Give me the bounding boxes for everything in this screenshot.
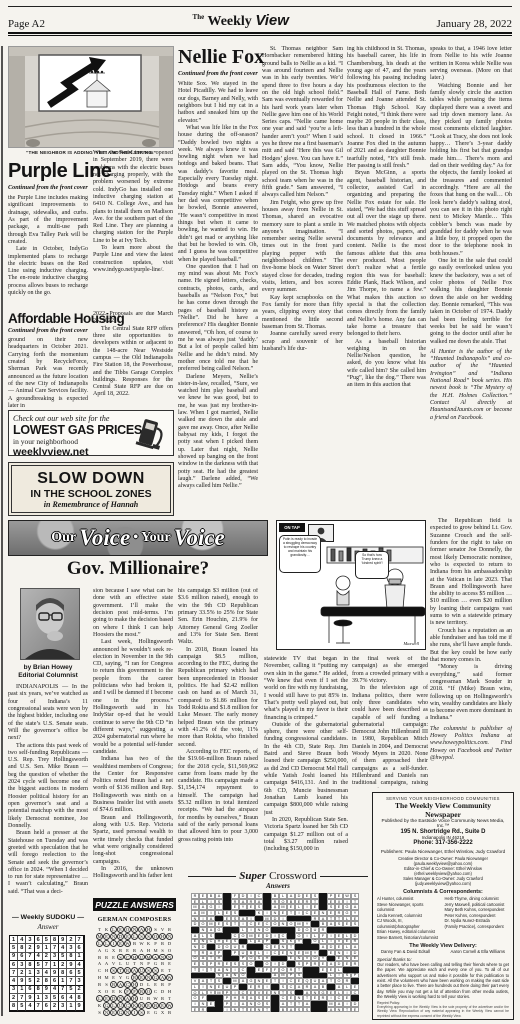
bartender-speech-bubble: So that’s how Trump knew a ‘kindred spir… xyxy=(355,551,389,579)
paragraph: Kay kept scrapbooks on the Fox family fo… xyxy=(262,295,343,332)
cartoonist-signature: Maxwell xyxy=(404,641,420,646)
author-photo xyxy=(20,588,80,660)
sudoku-cell: 6 xyxy=(76,944,84,952)
wordsearch-letter: S xyxy=(138,1009,145,1016)
wordsearch-letter: N xyxy=(166,954,173,961)
wordsearch-letter: E xyxy=(110,974,117,981)
page-number: Page A2 xyxy=(8,18,45,30)
paragraph: In 2020, Republican State Sen. Victoria … xyxy=(264,817,348,854)
wordsearch-letter: M xyxy=(145,954,152,961)
sudoku-cell: 8 xyxy=(10,1002,18,1010)
sudoku-cell: 2 xyxy=(35,977,43,985)
sudoku-cell: 7 xyxy=(59,986,67,994)
wordsearch-letter: F xyxy=(131,988,138,995)
gas-pump-icon xyxy=(133,415,169,453)
masthead-delivery: Danny Fan & David Edsall Aaron Cornell &… xyxy=(377,949,509,954)
paragraph: ground on their new headquarters in Octo… xyxy=(8,337,88,407)
wordsearch-letter: P xyxy=(152,940,159,947)
wordsearch-letter: C xyxy=(124,981,131,988)
sudoku-cell: 2 xyxy=(51,1002,59,1010)
wordsearch-letter: N xyxy=(110,933,117,940)
gov-column-6-text: The Republican field is expected to grow… xyxy=(430,518,512,723)
sudoku-cell: 2 xyxy=(76,986,84,994)
wordsearch-letter: U xyxy=(124,960,131,967)
crossword-cell xyxy=(319,1007,327,1013)
wordsearch-letter: N xyxy=(124,1009,131,1016)
wordsearch-letter: A xyxy=(159,974,166,981)
editorial-cartoon xyxy=(8,46,174,148)
sudoku-cell: 4 xyxy=(35,953,43,961)
wordsearch-letter: K xyxy=(103,926,110,933)
our-voice-word3: Your xyxy=(141,530,171,546)
wordsearch-letter: S xyxy=(145,933,152,940)
our-voice-sep: • xyxy=(133,530,138,546)
wordsearch-letter: N xyxy=(159,954,166,961)
sudoku-cell: 4 xyxy=(76,961,84,969)
paragraph: In 2018, Braun loaned his campaign $8.5 … xyxy=(178,647,258,749)
sudoku-cell: 1 xyxy=(59,977,67,985)
wordsearch-letter: T xyxy=(117,967,124,974)
wordsearch-letter: R xyxy=(138,988,145,995)
sudoku-cell: 8 xyxy=(51,936,59,944)
paragraph: “Money is driving everything,” said form… xyxy=(430,664,512,723)
top-rule xyxy=(8,6,512,7)
sudoku-cell: 4 xyxy=(67,994,75,1002)
slow-down-ad: SLOW DOWN IN THE SCHOOL ZONES in Remembr… xyxy=(8,462,174,516)
wordsearch-letter: G xyxy=(152,1009,159,1016)
paragraph: Joanne carefully saved every scrap and s… xyxy=(262,331,343,353)
wordsearch-letter: R xyxy=(159,940,166,947)
crossword-cell xyxy=(215,1007,223,1013)
wordsearch-letter: R xyxy=(131,974,138,981)
paragraph: Bryan McGinn, a sports agent, baseball h… xyxy=(347,170,426,338)
slow-down-line3: in Remembrance of Hannah xyxy=(12,500,170,509)
sudoku-cell: 1 xyxy=(35,994,43,1002)
wordsearch-letter: M xyxy=(103,974,110,981)
masthead-box: SERVING YOUR NEIGHBORHOOD COMMUNITIES Th… xyxy=(372,792,514,1020)
wordsearch-letter: R xyxy=(103,954,110,961)
paragraph: In the television age of Indiana politic… xyxy=(352,685,428,788)
wordsearch-letter: E xyxy=(117,926,124,933)
page-header: Page A2 The Weekly View January 28, 2022 xyxy=(8,10,512,30)
crossword-cell: N xyxy=(255,1007,263,1013)
sudoku-cell: 6 xyxy=(18,953,26,961)
sudoku-cell: 8 xyxy=(59,969,67,977)
crossword-cell xyxy=(271,1007,279,1013)
crossword-answer-grid: REBAFDICBLADESPEWSELISRARAROBERTEXITMAGI… xyxy=(191,893,359,1012)
wordsearch-letter: B xyxy=(131,940,138,947)
header-rule xyxy=(8,32,512,36)
sudoku-cell: 3 xyxy=(51,953,59,961)
wordsearch-letter: L xyxy=(103,940,110,947)
nellie-fox-author-bio: Al Hunter is the author of the “Haunted … xyxy=(430,349,512,422)
wordsearch-letter: E xyxy=(159,1002,166,1009)
wordsearch-letter: A xyxy=(96,960,103,967)
byline-role: Editorial Columnist xyxy=(8,672,88,680)
our-voice-word2: Voice xyxy=(79,525,130,551)
sudoku-cell: 1 xyxy=(76,953,84,961)
wordsearch-letter: R xyxy=(166,926,173,933)
wordsearch-letter: B xyxy=(159,960,166,967)
crossword-cell: E xyxy=(191,1007,199,1013)
nellie-fox-column-3: ing his childhood in St. Thomas, his bas… xyxy=(347,46,426,514)
sudoku-cell: 4 xyxy=(10,977,18,985)
sudoku-cell: 5 xyxy=(59,953,67,961)
paragraph: White Sox. We stayed in the Hotel Picadi… xyxy=(178,81,258,125)
wordsearch-letter: S xyxy=(138,933,145,940)
wordsearch-letter: A xyxy=(117,981,124,988)
paper-title: The Weekly View xyxy=(193,12,289,30)
wordsearch-letter: L xyxy=(110,1002,117,1009)
wordsearch-letter: R xyxy=(159,981,166,988)
bar-scene-art xyxy=(277,543,426,650)
sudoku-cell: 8 xyxy=(35,986,43,994)
sudoku-cell: 7 xyxy=(51,944,59,952)
wordsearch-letter: F xyxy=(124,988,131,995)
crossword-cell: S xyxy=(303,1007,311,1013)
wordsearch-letter: B xyxy=(96,954,103,961)
wordsearch-letter: E xyxy=(152,981,159,988)
gov-column-5: the final week of the campaign) as she e… xyxy=(352,656,428,788)
wordsearch-letter: S xyxy=(103,981,110,988)
sudoku-cell: 9 xyxy=(67,961,75,969)
gov-millionaire-headline: Gov. Millionaire? xyxy=(8,558,268,580)
sudoku-cell: 4 xyxy=(18,936,26,944)
nellie-fox-column-2: St. Thomas neighbor Sam Hornbacker remem… xyxy=(262,46,343,514)
sudoku-subtitle: Answer xyxy=(8,923,88,931)
wordsearch-letter: H xyxy=(131,981,138,988)
wordsearch-letter: S xyxy=(145,967,152,974)
wordsearch-title: GERMAN COMPOSERS xyxy=(93,916,176,923)
wordsearch-letter: H xyxy=(131,954,138,961)
affordable-housing-column-1: ground on their new headquarters in Octo… xyxy=(8,337,88,407)
wordsearch-letter: E xyxy=(159,967,166,974)
sudoku-cell: 9 xyxy=(10,953,18,961)
gov-column-1: INDIANAPOLIS — In the past six years, we… xyxy=(8,684,88,908)
purple-line-column-2: When the Red Line was opened in Septembe… xyxy=(93,150,173,306)
crossword-cell xyxy=(207,1007,215,1013)
paragraph: Steve Barnett, historian/columnist xyxy=(377,935,442,941)
sudoku-cell: 6 xyxy=(43,1002,51,1010)
wordsearch-letter: A xyxy=(138,926,145,933)
wordsearch-letter: A xyxy=(138,947,145,954)
wordsearch-letter: G xyxy=(124,974,131,981)
wordsearch-letter: S xyxy=(159,947,166,954)
paragraph: Sales Manager & Co-Owner: Judy Crawford … xyxy=(377,876,509,886)
wordsearch-letter: E xyxy=(110,988,117,995)
wordsearch-letter: A xyxy=(131,967,138,974)
paragraph: the final week of the campaign) as she e… xyxy=(352,656,428,685)
wordsearch-letter: B xyxy=(166,1009,173,1016)
sudoku-cell: 4 xyxy=(59,944,67,952)
paragraph: Crouch has a reputation as an able fundr… xyxy=(430,628,512,665)
crossword-cell: T xyxy=(239,1007,247,1013)
paragraph: Jim Feight, who grew up five houses away… xyxy=(262,200,343,295)
wordsearch-letter: L xyxy=(110,926,117,933)
wordsearch-letter: D xyxy=(138,981,145,988)
nellie-fox-title: Nellie Fox xyxy=(178,46,264,69)
crossword-cell: N xyxy=(231,1007,239,1013)
wordsearch-letter: H xyxy=(96,974,103,981)
wordsearch-letter: S xyxy=(117,954,124,961)
sudoku-cell: 1 xyxy=(10,936,18,944)
purple-line-column-1: the Purple Line includes making signific… xyxy=(8,195,88,305)
wordsearch-letter: W xyxy=(166,1002,173,1009)
wordsearch-letter: A xyxy=(124,995,131,1002)
sudoku-cell: 8 xyxy=(18,944,26,952)
sudoku-cell: 1 xyxy=(18,986,26,994)
gov-column-6: The Republican field is expected to grow… xyxy=(430,518,512,788)
sudoku-cell: 5 xyxy=(43,936,51,944)
wordsearch-letter: N xyxy=(117,995,124,1002)
our-voice-word4: Voice xyxy=(174,525,225,551)
crossword-cell: T xyxy=(263,1007,271,1013)
wordsearch-letter: G xyxy=(117,1009,124,1016)
wordsearch-letter: G xyxy=(152,974,159,981)
crossword-cell: I xyxy=(223,1007,231,1013)
sudoku-cell: 9 xyxy=(43,986,51,994)
nellie-fox-column-4: speaks to that, a 1946 love letter from … xyxy=(430,46,512,516)
wordsearch-letter: L xyxy=(96,940,103,947)
paragraph: When the Red Line was opened in Septembe… xyxy=(93,150,173,245)
wordsearch-letter: E xyxy=(124,947,131,954)
wordsearch-letter: E xyxy=(103,995,110,1002)
wordsearch-letter: H xyxy=(145,947,152,954)
wordsearch-letter: D xyxy=(110,995,117,1002)
sudoku-cell: 5 xyxy=(35,961,43,969)
wordsearch-letter: T xyxy=(166,995,173,1002)
paragraph: (Family Practice), correspondent xyxy=(445,924,510,930)
nellie-fox-continued: Continued from the front cover xyxy=(178,70,258,77)
nellie-fox-column-1: White Sox. We stayed in the Hotel Picadi… xyxy=(178,81,258,514)
sudoku-cell: 7 xyxy=(67,977,75,985)
crossword-cell: A xyxy=(327,1007,335,1013)
paragraph: Watching Bonnie and her family slowly ci… xyxy=(430,83,512,259)
wordsearch-letter: C xyxy=(124,1002,131,1009)
sudoku-cell: 6 xyxy=(10,961,18,969)
wordsearch-letter: B xyxy=(110,981,117,988)
wordsearch-letter: D xyxy=(117,933,124,940)
wordsearch-letter: V xyxy=(110,960,117,967)
sudoku-cell: 3 xyxy=(18,961,26,969)
sudoku-cell: 1 xyxy=(67,1002,75,1010)
sudoku-cell: 3 xyxy=(67,944,75,952)
our-voice-banner: Our Voice • Your Voice xyxy=(8,520,268,556)
sudoku-cell: 8 xyxy=(43,977,51,985)
sudoku-cell: 5 xyxy=(10,944,18,952)
wordsearch-letter: O xyxy=(124,926,131,933)
gas-prices-ad: Check out our web site for the LOWEST GA… xyxy=(8,410,174,456)
puzzle-answers-banner: PUZZLE ANSWERS xyxy=(93,898,176,911)
wordsearch-letter: K xyxy=(145,940,152,947)
sudoku-cell: 4 xyxy=(43,969,51,977)
sudoku-cell: 3 xyxy=(76,977,84,985)
paragraph: Braun and Hollingsworth, along with U.S.… xyxy=(93,815,173,866)
crossword-rule-right xyxy=(320,876,368,877)
paragraph: Steve Nicewanger, sports columnist xyxy=(377,902,442,913)
wordsearch-letter: S xyxy=(96,1009,103,1016)
wordsearch-letter: H xyxy=(103,967,110,974)
wordsearch-letter: V xyxy=(159,926,166,933)
sudoku-cell: 7 xyxy=(43,961,51,969)
sudoku-cell: 6 xyxy=(67,969,75,977)
wordsearch-letter: W xyxy=(124,940,131,947)
masthead-thanks-body: Our readers, who have been calling and t… xyxy=(377,962,509,999)
wordsearch-letter: B xyxy=(152,1002,159,1009)
wordsearch-letter: H xyxy=(166,988,173,995)
sudoku-cell: 9 xyxy=(18,977,26,985)
sudoku-cell: 9 xyxy=(51,969,59,977)
paragraph: Editor-in-Chief & Co-Owner: Ethel Winslo… xyxy=(377,866,509,876)
crossword-cell: S xyxy=(295,1007,303,1013)
wordsearch-letter: H xyxy=(145,926,152,933)
wordsearch-letter: O xyxy=(152,933,159,940)
paragraph: St. Thomas neighbor Sam Hornbacker remem… xyxy=(262,46,343,200)
gov-column-2: sion because I saw what can be done with… xyxy=(93,588,173,898)
sudoku-cell: 9 xyxy=(35,944,43,952)
on-tap-sign: ON TAP xyxy=(279,523,305,532)
slow-down-line1: SLOW DOWN xyxy=(12,470,170,488)
wordsearch-letter: U xyxy=(138,954,145,961)
paragraph: Outside of the gubernatorial sphere, the… xyxy=(264,722,348,817)
sudoku-cell: 4 xyxy=(51,986,59,994)
paragraph: INDIANAPOLIS — In the past six years, we… xyxy=(8,684,88,743)
wordsearch-letter: R xyxy=(138,1002,145,1009)
wordsearch-letter: L xyxy=(96,995,103,1002)
wordsearch-letter: N xyxy=(103,1009,110,1016)
scan-gutter-line xyxy=(1,46,3,1016)
masthead-published-by: Published by the Eastside Voice Communit… xyxy=(377,819,509,829)
sudoku-cell: 6 xyxy=(51,977,59,985)
sudoku-cell: 2 xyxy=(10,994,18,1002)
wordsearch-letter: X xyxy=(110,947,117,954)
wordsearch-letter: M xyxy=(96,933,103,940)
masthead-phone: Phone: 317-356-2222 xyxy=(377,840,509,846)
wordsearch-letter: E xyxy=(124,933,131,940)
wordsearch-letter: T xyxy=(166,967,173,974)
sudoku-cell: 3 xyxy=(59,1002,67,1010)
masthead-columnists-right: Herb Thyme, dining columnistJerry Maxwel… xyxy=(445,896,510,940)
sudoku-cell: 8 xyxy=(76,994,84,1002)
paragraph: statewide TV that began in November, cal… xyxy=(264,656,348,722)
paragraph: The Republican field is expected to grow… xyxy=(430,518,512,628)
wordsearch-letter: G xyxy=(103,1002,110,1009)
wordsearch-answer-grid: TKLEONAHSVRMENDELSSOHNLLIEWBWKPRDAGXRERA… xyxy=(96,926,173,1016)
wordsearch-letter: N xyxy=(131,926,138,933)
sudoku-cell: 8 xyxy=(67,953,75,961)
wordsearch-letter: E xyxy=(166,960,173,967)
wordsearch-letter: O xyxy=(145,988,152,995)
wordsearch-letter: D xyxy=(166,940,173,947)
wordsearch-letter: R xyxy=(159,995,166,1002)
nellie-fox-column-4-text: speaks to that, a 1946 love letter from … xyxy=(430,46,512,346)
crossword-title-crossword: Crossword xyxy=(269,870,317,882)
masthead-publishers: Publishers: Paula Nicewanger, Ethel Wins… xyxy=(377,849,509,854)
sudoku-cell: 4 xyxy=(26,1002,34,1010)
wordsearch-letter: M xyxy=(152,947,159,954)
wordsearch-letter: O xyxy=(103,988,110,995)
wordsearch-letter: U xyxy=(138,967,145,974)
wordsearch-letter: S xyxy=(110,967,117,974)
paragraph: To learn more about the Purple Line and … xyxy=(93,245,173,274)
crossword-cell xyxy=(311,1007,319,1013)
wordsearch-letter: E xyxy=(145,1002,152,1009)
wordsearch-letter: W xyxy=(166,974,173,981)
sudoku-cell: 5 xyxy=(26,977,34,985)
wordsearch-letter: X xyxy=(159,1009,166,1016)
sudoku-cell: 7 xyxy=(18,994,26,1002)
sudoku-cell: 2 xyxy=(43,953,51,961)
wordsearch-letter: I xyxy=(110,940,117,947)
masthead-delivery-left: Danny Fan & David Edsall xyxy=(381,949,430,954)
paragraph: Mary Beth Kuhns, correspondent xyxy=(445,907,510,913)
sudoku-cell: 7 xyxy=(76,936,84,944)
masthead-columnists-left: Al Hunter, columnistSteve Nicewanger, sp… xyxy=(377,896,442,940)
wordsearch-letter: H xyxy=(131,995,138,1002)
wordsearch-letter: A xyxy=(103,960,110,967)
sudoku-title: — Weekly SUDOKU — xyxy=(8,914,88,921)
sudoku-cell: 6 xyxy=(26,986,34,994)
wordsearch-letter: N xyxy=(138,960,145,967)
masthead-owners: Creative Director & Co-Owner: Paula Nice… xyxy=(377,856,509,886)
affordable-housing-continued: Continued from the front cover xyxy=(8,327,88,334)
paragraph: CJ Woods, III, columnist/photographer xyxy=(377,918,442,929)
paragraph: speaks to that, a 1946 love letter from … xyxy=(430,46,512,83)
our-voice-word1: Our xyxy=(51,530,76,546)
paragraph: One lot in the sale that could go easily… xyxy=(430,258,512,346)
masthead-delivery-right: Aaron Cornell & Ella Williams xyxy=(451,949,505,954)
crossword-rule-left xyxy=(188,876,236,877)
sudoku-cell: 7 xyxy=(35,1002,43,1010)
crossword-cell: A xyxy=(287,1007,295,1013)
sudoku-cell: 9 xyxy=(26,994,34,1002)
editorial-cartoon-art xyxy=(9,47,174,148)
sudoku-cell: 3 xyxy=(43,994,51,1002)
affordable-housing-column-2: 2022. Proposals are due March 25, 2022.T… xyxy=(93,311,173,407)
wordsearch-letter: U xyxy=(138,995,145,1002)
wordsearch-letter: E xyxy=(145,1009,152,1016)
wordsearch-letter: C xyxy=(96,967,103,974)
sudoku-cell: 2 xyxy=(67,936,75,944)
paragraph: One question that I had on my mind was a… xyxy=(178,264,258,374)
sudoku-cell: 7 xyxy=(26,953,34,961)
sudoku-cell: 5 xyxy=(67,986,75,994)
wordsearch-letter: W xyxy=(152,995,159,1002)
wordsearch-letter: E xyxy=(117,940,124,947)
paragraph: Creative Director & Co-Owner: Paula Nice… xyxy=(377,856,509,866)
byline: by Brian Howey Editorial Columnist xyxy=(8,664,88,681)
sudoku-cell: 6 xyxy=(59,994,67,1002)
paragraph: Last week, Hollingsworth announced he wo… xyxy=(93,639,173,756)
wordsearch-letter: L xyxy=(145,981,152,988)
wordsearch-letter: C xyxy=(152,988,159,995)
sudoku-cell: 7 xyxy=(10,969,18,977)
sudoku-cell: 3 xyxy=(35,969,43,977)
wordsearch-letter: P xyxy=(166,981,173,988)
sudoku-cell: 1 xyxy=(51,961,59,969)
paragraph: According to FEC reports, of the $19.66-… xyxy=(178,749,258,844)
paper-title-view: View xyxy=(255,12,289,29)
wordsearch-letter: K xyxy=(117,988,124,995)
paragraph: Darlene Meyers, Nellie’s sister-in-law, … xyxy=(178,374,258,491)
wordsearch-letter: N xyxy=(145,974,152,981)
sudoku-cell: 3 xyxy=(10,986,18,994)
crossword-cell: E xyxy=(351,1007,359,1013)
wordsearch-letter: G xyxy=(103,947,110,954)
wordsearch-letter: P xyxy=(145,960,152,967)
sudoku-cell: 9 xyxy=(76,1002,84,1010)
wordsearch-letter: H xyxy=(159,933,166,940)
